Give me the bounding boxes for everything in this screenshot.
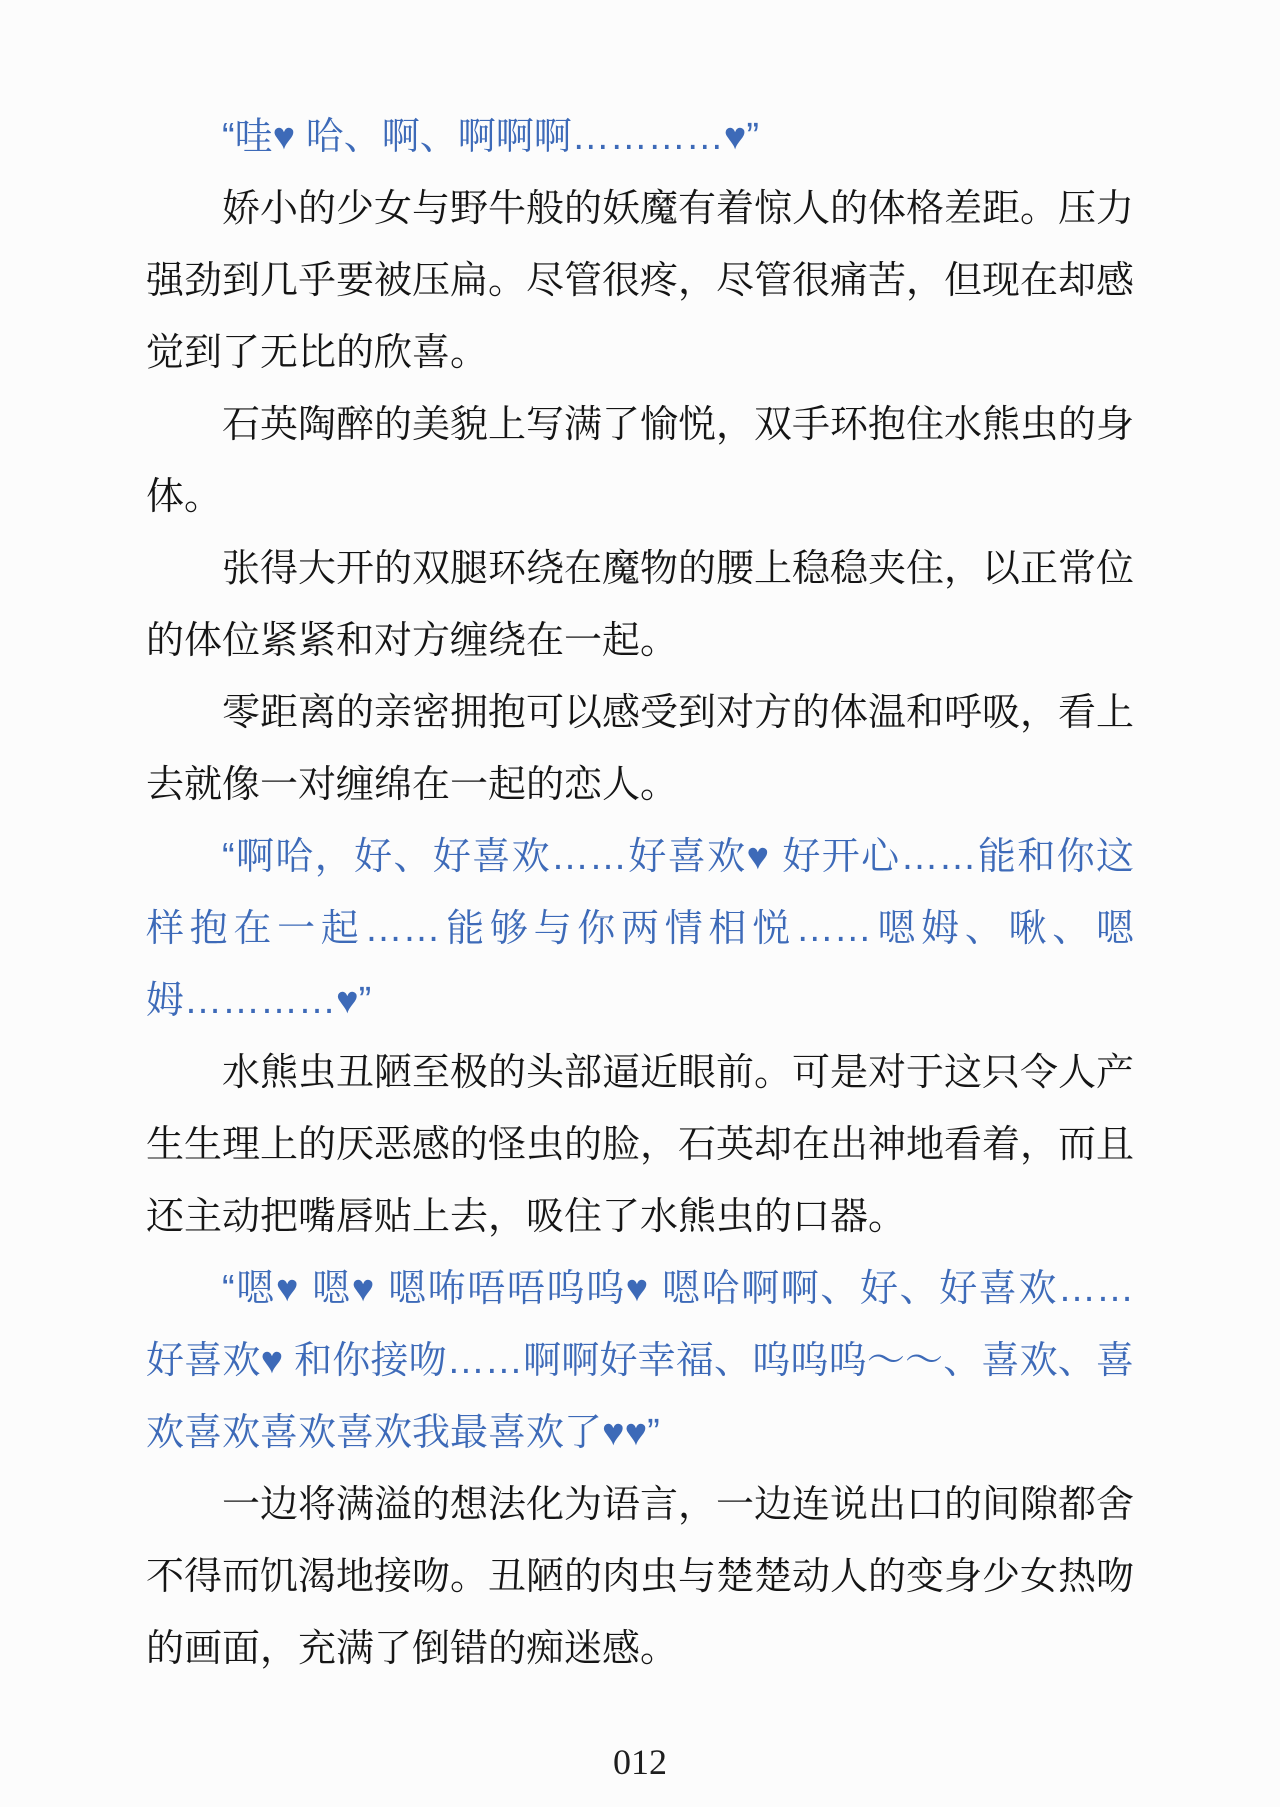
text-line: 的画面，充满了倒错的痴迷感。	[146, 1613, 1134, 1685]
text-line: “哇♥ 哈、啊、啊啊啊…………♥”	[146, 101, 1134, 173]
text-line: 水熊虫丑陋至极的头部逼近眼前。可是对于这只令人产	[146, 1037, 1134, 1109]
narration-paragraph: 石英陶醉的美貌上写满了愉悦，双手环抱住水熊虫的身体。	[146, 389, 1134, 533]
text-line: 的体位紧紧和对方缠绕在一起。	[146, 605, 1134, 677]
text-line: 还主动把嘴唇贴上去，吸住了水熊虫的口器。	[146, 1181, 1134, 1253]
narration-paragraph: 零距离的亲密拥抱可以感受到对方的体温和呼吸，看上去就像一对缠绵在一起的恋人。	[146, 677, 1134, 821]
dialogue-paragraph: “哇♥ 哈、啊、啊啊啊…………♥”	[146, 101, 1134, 173]
page-content: “哇♥ 哈、啊、啊啊啊…………♥”娇小的少女与野牛般的妖魔有着惊人的体格差距。压…	[146, 101, 1134, 1685]
text-line: 体。	[146, 461, 1134, 533]
text-line: 生生理上的厌恶感的怪虫的脸，石英却在出神地看着，而且	[146, 1109, 1134, 1181]
text-line: 好喜欢♥ 和你接吻……啊啊好幸福、呜呜呜～～、喜欢、喜	[146, 1325, 1134, 1397]
text-line: 去就像一对缠绵在一起的恋人。	[146, 749, 1134, 821]
text-line: 张得大开的双腿环绕在魔物的腰上稳稳夹住，以正常位	[146, 533, 1134, 605]
dialogue-paragraph: “啊哈，好、好喜欢……好喜欢♥ 好开心……能和你这样抱在一起……能够与你两情相悦…	[146, 821, 1134, 1037]
narration-paragraph: 一边将满溢的想法化为语言，一边连说出口的间隙都舍不得而饥渴地接吻。丑陋的肉虫与楚…	[146, 1469, 1134, 1685]
dialogue-paragraph: “嗯♥ 嗯♥ 嗯咘唔唔呜呜♥ 嗯哈啊啊、好、好喜欢……好喜欢♥ 和你接吻……啊啊…	[146, 1253, 1134, 1469]
narration-paragraph: 张得大开的双腿环绕在魔物的腰上稳稳夹住，以正常位的体位紧紧和对方缠绕在一起。	[146, 533, 1134, 677]
text-line: 娇小的少女与野牛般的妖魔有着惊人的体格差距。压力	[146, 173, 1134, 245]
text-line: 欢喜欢喜欢喜欢我最喜欢了♥♥”	[146, 1397, 1134, 1469]
text-line: “嗯♥ 嗯♥ 嗯咘唔唔呜呜♥ 嗯哈啊啊、好、好喜欢……	[146, 1253, 1134, 1325]
text-line: 一边将满溢的想法化为语言，一边连说出口的间隙都舍	[146, 1469, 1134, 1541]
narration-paragraph: 水熊虫丑陋至极的头部逼近眼前。可是对于这只令人产生生理上的厌恶感的怪虫的脸，石英…	[146, 1037, 1134, 1253]
page-number: 012	[0, 1738, 1280, 1786]
narration-paragraph: 娇小的少女与野牛般的妖魔有着惊人的体格差距。压力强劲到几乎要被压扁。尽管很疼，尽…	[146, 173, 1134, 389]
text-line: 姆…………♥”	[146, 965, 1134, 1037]
text-line: 零距离的亲密拥抱可以感受到对方的体温和呼吸，看上	[146, 677, 1134, 749]
text-line: 样抱在一起……能够与你两情相悦……嗯姆、啾、嗯	[146, 893, 1134, 965]
book-page: “哇♥ 哈、啊、啊啊啊…………♥”娇小的少女与野牛般的妖魔有着惊人的体格差距。压…	[0, 0, 1280, 1807]
text-line: “啊哈，好、好喜欢……好喜欢♥ 好开心……能和你这	[146, 821, 1134, 893]
text-line: 强劲到几乎要被压扁。尽管很疼，尽管很痛苦，但现在却感	[146, 245, 1134, 317]
text-line: 觉到了无比的欣喜。	[146, 317, 1134, 389]
text-line: 不得而饥渴地接吻。丑陋的肉虫与楚楚动人的变身少女热吻	[146, 1541, 1134, 1613]
text-line: 石英陶醉的美貌上写满了愉悦，双手环抱住水熊虫的身	[146, 389, 1134, 461]
